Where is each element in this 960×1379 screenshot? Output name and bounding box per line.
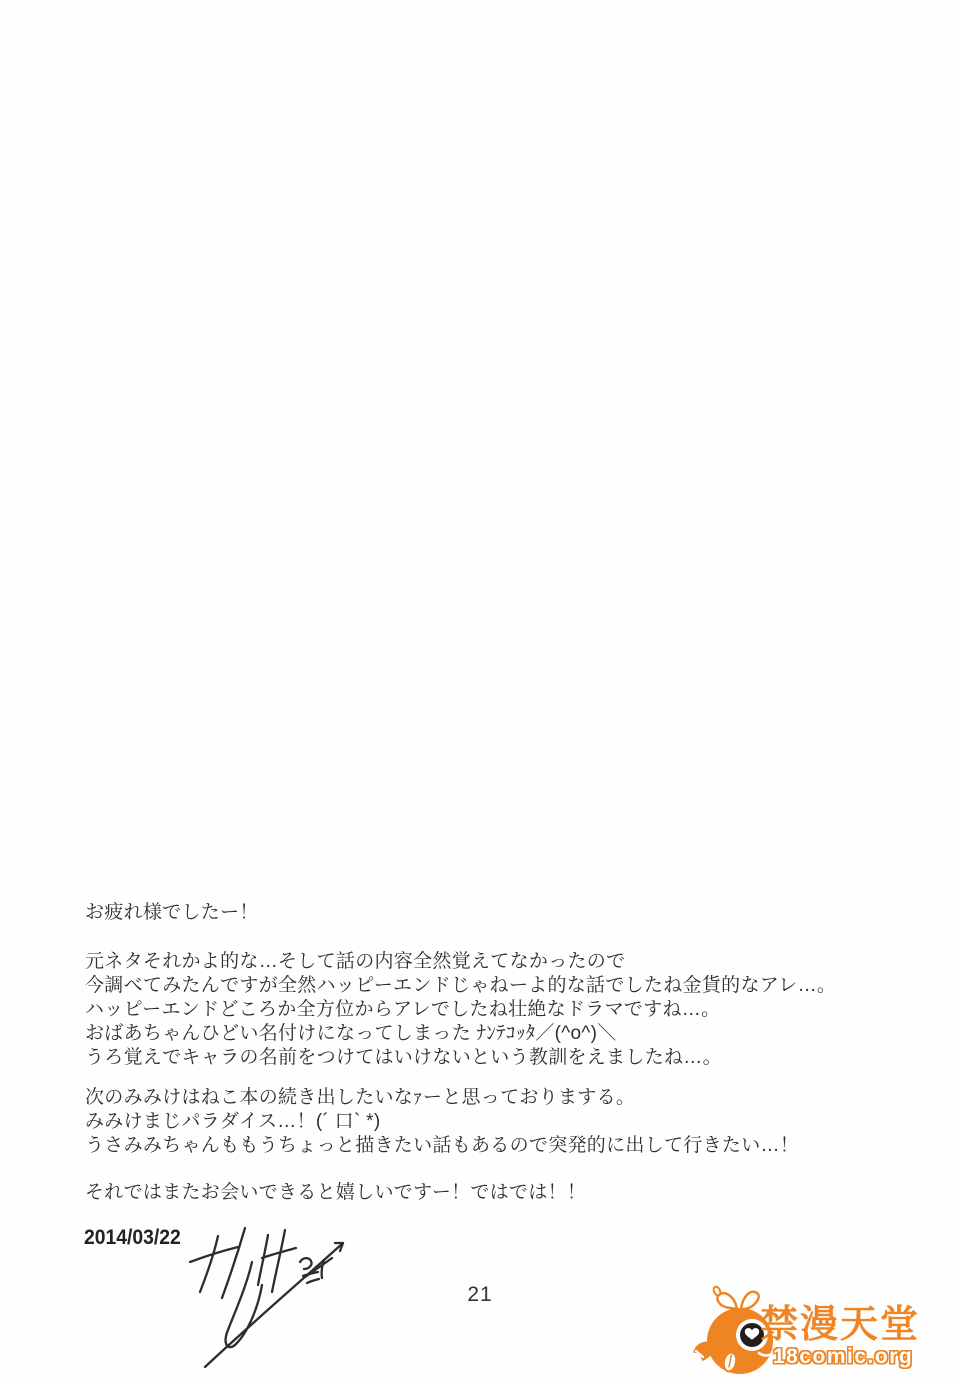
date-text: 2014/03/22 — [84, 1226, 181, 1250]
afterword-paragraph-2: 次のみみけはねこ本の続き出したいなｧーと思っておりまする。 みみけまじパラダイス… — [85, 1086, 799, 1158]
afterword-line: うさみみちゃんももうちょっと描きたい話もあるので突発的に出して行きたい…！ — [85, 1134, 799, 1158]
afterword-line: みみけまじパラダイス…！(´ 口` *) — [85, 1110, 799, 1134]
watermark-logo: 禁漫天堂 18comic.org — [692, 1283, 960, 1379]
afterword-line: おばあちゃんひどい名付けになってしまった ﾅﾝﾃｺｯﾀ／(^o^)＼ — [85, 1022, 836, 1046]
scanned-comic-afterword-page: お疲れ様でしたー！ 元ネタそれかよ的な…そして話の内容全然覚えてなかったので 今… — [0, 0, 960, 1379]
afterword-line: 今調べてみたんですが全然ハッピーエンドじゃねーよ的な話でしたね金貨的なアレ…。 — [85, 974, 836, 998]
watermark-site-name: 禁漫天堂 — [760, 1305, 920, 1345]
afterword-greeting: お疲れ様でしたー！ — [85, 901, 259, 925]
afterword-line: ハッピーエンドどころか全方位からアレでしたね壮絶なドラマですね…。 — [85, 998, 836, 1022]
afterword-paragraph-1: 元ネタそれかよ的な…そして話の内容全然覚えてなかったので 今調べてみたんですが全… — [85, 950, 836, 1070]
watermark-site-url: 18comic.org — [773, 1346, 920, 1368]
watermark-text: 禁漫天堂 18comic.org — [760, 1283, 920, 1368]
afterword-line: うろ覚えでキャラの名前をつけてはいけないという教訓をえましたね…。 — [85, 1046, 836, 1070]
afterword-closing: それではまたお会いできると嬉しいですー！ではでは！！ — [85, 1181, 586, 1205]
afterword-line: 次のみみけはねこ本の続き出したいなｧーと思っておりまする。 — [85, 1086, 799, 1110]
afterword-line: 元ネタそれかよ的な…そして話の内容全然覚えてなかったので — [85, 950, 836, 974]
